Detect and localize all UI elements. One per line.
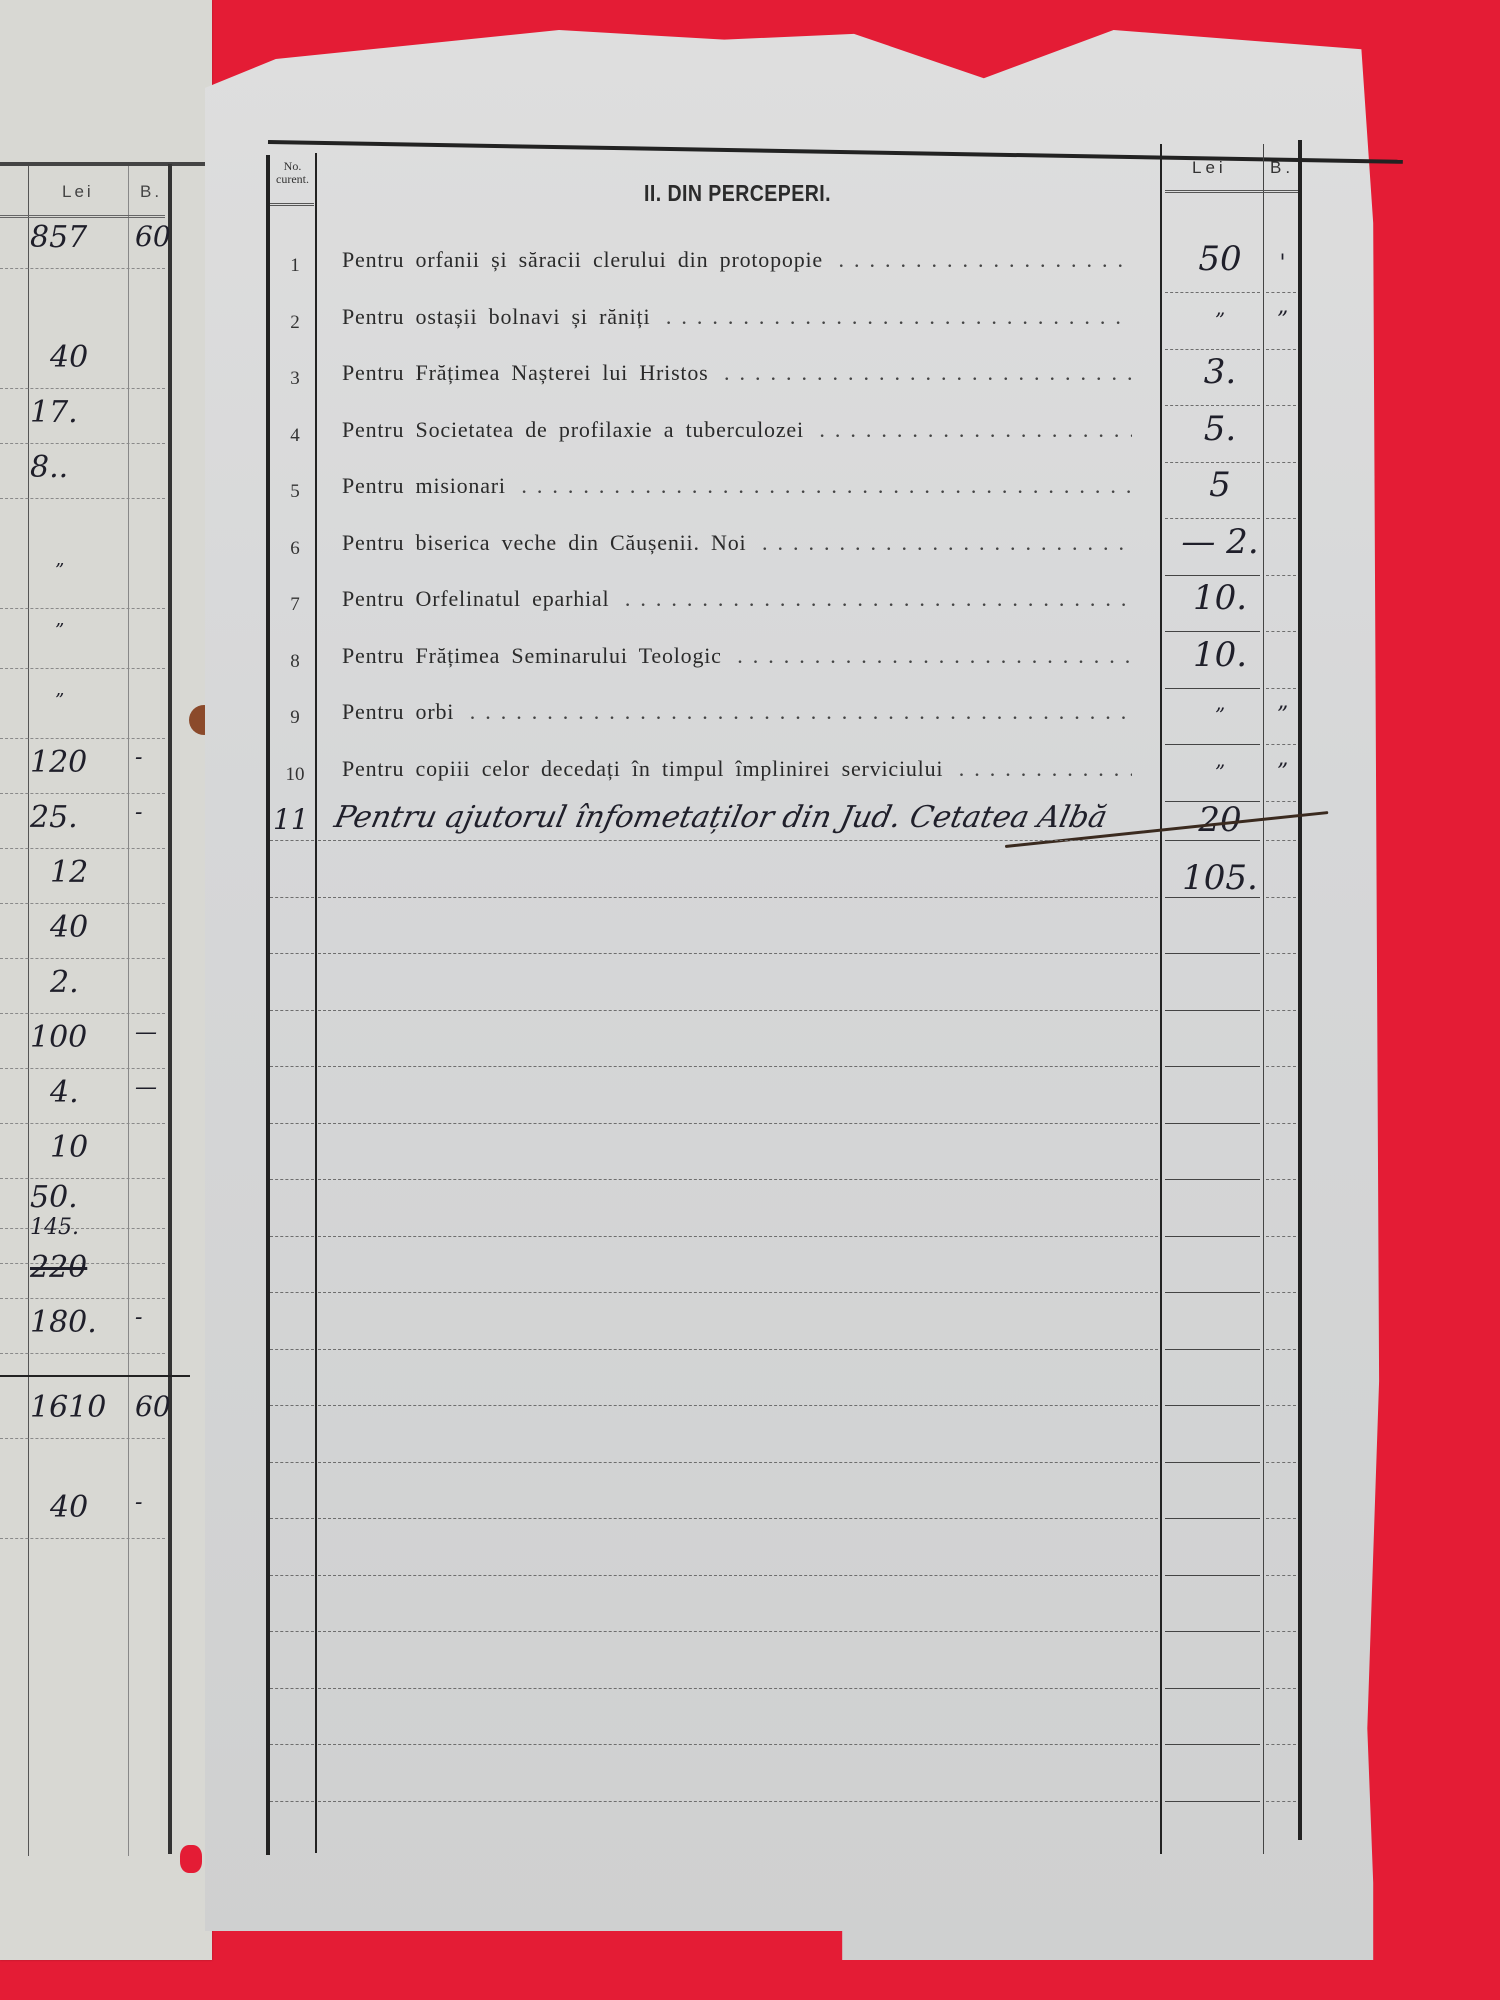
empty-row-rule: [318, 1236, 1158, 1237]
row-description-text: Pentru Frățimea Seminarului Teologic: [342, 643, 722, 668]
left-entry-bani: -: [135, 1305, 142, 1330]
empty-row-rule: [1165, 1179, 1260, 1180]
row-lei-value: 50: [1175, 239, 1265, 279]
dot-leader: ........................................…: [709, 360, 1132, 385]
dot-leader: ........................................…: [943, 756, 1132, 781]
empty-row-rule: [1266, 1575, 1296, 1576]
empty-row-rule: [1266, 1010, 1296, 1011]
no-header-rule: [270, 203, 314, 206]
empty-row-rule: [318, 1179, 1158, 1180]
row-description: Pentru copiii celor decedați în timpul î…: [342, 756, 1132, 782]
left-entry-lei: 180.: [30, 1305, 97, 1340]
lei-header: Lei: [1192, 158, 1227, 178]
row-rule-bani: [1266, 292, 1296, 293]
row-number: 4: [275, 425, 315, 447]
left-entry-lei: 220: [30, 1250, 87, 1285]
left-entry-lei: 50.: [30, 1180, 78, 1215]
left-entry-lei: 40: [50, 910, 88, 945]
empty-row-rule: [270, 897, 314, 898]
row-rule: [1165, 349, 1260, 350]
left-table-right-border: [168, 164, 172, 1854]
empty-row-rule: [318, 1066, 1158, 1067]
empty-row-rule: [1165, 897, 1260, 898]
empty-row-rule: [270, 1631, 314, 1632]
empty-row-rule: [1165, 953, 1260, 954]
row-rule: [1165, 744, 1260, 745]
no-curent-header: No. curent.: [270, 160, 315, 186]
empty-row-rule: [1165, 1631, 1260, 1632]
left-row-line: [0, 1068, 165, 1069]
row-description-text: Pentru Societatea de profilaxie a tuberc…: [342, 417, 804, 442]
left-row-line: [0, 443, 165, 444]
empty-row-rule: [318, 1405, 1158, 1406]
row-description-text: Pentru misionari: [342, 473, 506, 498]
dot-leader: ........................................…: [609, 586, 1132, 611]
row-description: Pentru orbi ............................…: [342, 699, 1132, 725]
empty-row-rule: [1266, 1405, 1296, 1406]
empty-row-rule: [270, 1292, 314, 1293]
row-number: 9: [275, 707, 315, 729]
empty-row-rule: [1266, 1631, 1296, 1632]
left-table-lei-divider: [28, 166, 29, 1856]
empty-row-rule: [318, 1575, 1158, 1576]
total-lei: 105.: [1175, 858, 1265, 898]
left-bani-header: B.: [140, 182, 162, 202]
empty-row-rule: [318, 953, 1158, 954]
left-lei-header: Lei: [62, 182, 94, 202]
row-rule: [1165, 688, 1260, 689]
row-number: 7: [275, 594, 315, 616]
empty-row-rule: [270, 1462, 314, 1463]
left-entry-bani: -: [135, 800, 142, 825]
row-description: Pentru Frățimea Seminarului Teologic ...…: [342, 643, 1132, 669]
left-entry-bani: 60: [135, 220, 171, 253]
left-entry-lei: 12: [50, 855, 88, 890]
left-entry-lei: 145.: [30, 1215, 79, 1240]
lei-bani-divider: [1263, 144, 1264, 1854]
row-description: Pentru biserica veche din Căușenii. Noi …: [342, 530, 1132, 556]
empty-row-rule: [1165, 1236, 1260, 1237]
table-left-border: [266, 155, 270, 1855]
row-rule-bani: [1266, 631, 1296, 632]
row-rule: [1165, 518, 1260, 519]
empty-row-rule: [1266, 1236, 1296, 1237]
row-rule-bani: [1266, 801, 1296, 802]
empty-row-rule: [1266, 1744, 1296, 1745]
left-entry-bani: —: [135, 1075, 157, 1100]
empty-row-rule: [1165, 1462, 1260, 1463]
empty-row-rule: [318, 1518, 1158, 1519]
left-row-line: [0, 793, 165, 794]
left-row-line: [0, 1298, 165, 1299]
left-row-line: [0, 1438, 165, 1439]
empty-row-rule: [270, 1179, 314, 1180]
empty-row-rule: [318, 1462, 1158, 1463]
row-bani-value: ”: [1265, 308, 1300, 333]
empty-row-rule: [1266, 1292, 1296, 1293]
left-row-line: [0, 498, 165, 499]
row-lei-value: ”: [1175, 703, 1265, 727]
left-row-line: [0, 388, 165, 389]
no-column-divider: [315, 153, 317, 1853]
row-number: 1: [275, 255, 315, 277]
empty-row-rule: [318, 1744, 1158, 1745]
curent-label: curent.: [270, 173, 315, 186]
empty-row-rule: [270, 1688, 314, 1689]
empty-row-rule: [270, 1518, 314, 1519]
row-number: 6: [275, 538, 315, 560]
row-number: 3: [275, 368, 315, 390]
empty-row-rule: [1165, 1066, 1260, 1067]
left-entry-lei: ”: [55, 620, 64, 641]
row-lei-value: 10.: [1175, 578, 1265, 618]
paper-hole: [180, 1845, 202, 1873]
left-entry-lei: 8..: [30, 450, 68, 485]
row-lei-value: 5: [1175, 465, 1265, 505]
left-page: [0, 0, 212, 1960]
left-entry-lei: 40: [50, 1490, 88, 1525]
row-description: Pentru Orfelinatul eparhial ............…: [342, 586, 1132, 612]
row-description-text: Pentru copiii celor decedați în timpul î…: [342, 756, 943, 781]
dot-leader: ........................................…: [506, 473, 1132, 498]
row-number: 2: [275, 312, 315, 334]
empty-row-rule: [1165, 1405, 1260, 1406]
dot-leader: ........................................…: [804, 417, 1132, 442]
empty-row-rule: [318, 897, 1158, 898]
left-entry-bani: -: [135, 745, 142, 770]
row-11-description: Pentru ajutorul înfometaților din Jud. C…: [331, 800, 1110, 835]
empty-row-rule: [318, 1631, 1158, 1632]
row-bani-value: ': [1265, 251, 1300, 276]
dot-leader: ........................................…: [746, 530, 1132, 555]
row-description: Pentru orfanii și săracii clerului din p…: [342, 247, 1132, 273]
row-rule-bani: [1266, 518, 1296, 519]
lei-column-left-divider: [1160, 144, 1162, 1854]
empty-row-rule: [270, 1744, 314, 1745]
left-row-line: [0, 848, 165, 849]
row-rule-bani: [1266, 349, 1296, 350]
left-entry-lei: 4.: [50, 1075, 79, 1110]
empty-row-rule: [318, 840, 1158, 841]
empty-row-rule: [1165, 840, 1260, 841]
empty-row-rule: [270, 1349, 314, 1350]
row-rule-bani: [1266, 405, 1296, 406]
row-rule-bani: [1266, 575, 1296, 576]
empty-row-rule: [318, 1688, 1158, 1689]
row-rule-bani: [1266, 688, 1296, 689]
empty-row-rule: [1165, 1575, 1260, 1576]
dot-leader: ........................................…: [650, 304, 1132, 329]
left-row-line: [0, 1123, 165, 1124]
row-description: Pentru Frățimea Nașterei lui Hristos ...…: [342, 360, 1132, 386]
empty-row-rule: [1266, 897, 1296, 898]
empty-row-rule: [1266, 953, 1296, 954]
empty-row-rule: [318, 1801, 1158, 1802]
empty-row-rule: [1266, 1066, 1296, 1067]
empty-row-rule: [1165, 1292, 1260, 1293]
left-entry-bani: 60: [135, 1390, 171, 1423]
empty-row-rule: [270, 840, 314, 841]
row-number: 5: [275, 481, 315, 503]
empty-row-rule: [1165, 1123, 1260, 1124]
left-row-line: [0, 1178, 165, 1179]
empty-row-rule: [1165, 1518, 1260, 1519]
left-entry-bani: -: [135, 1490, 142, 1515]
left-row-line: [0, 608, 165, 609]
row-description: Pentru misionari .......................…: [342, 473, 1132, 499]
row-description-text: Pentru ostașii bolnavi și răniți: [342, 304, 650, 329]
empty-row-rule: [1266, 1179, 1296, 1180]
empty-row-rule: [1266, 1688, 1296, 1689]
empty-row-rule: [270, 1405, 314, 1406]
empty-row-rule: [1266, 1349, 1296, 1350]
empty-row-rule: [270, 1066, 314, 1067]
row-lei-value: ”: [1175, 760, 1265, 784]
row-bani-value: ”: [1265, 760, 1300, 785]
row-description-text: Pentru biserica veche din Căușenii. Noi: [342, 530, 746, 555]
left-row-line: [0, 958, 165, 959]
row-rule: [1165, 462, 1260, 463]
lei-header-rule: [1165, 190, 1298, 193]
row-rule: [1165, 575, 1260, 576]
left-entry-lei: 40: [50, 340, 88, 375]
empty-row-rule: [1165, 1688, 1260, 1689]
empty-row-rule: [270, 1801, 314, 1802]
left-entry-lei: ”: [55, 560, 64, 581]
row-rule-bani: [1266, 462, 1296, 463]
left-row-line: [0, 1353, 165, 1354]
left-entry-lei: 857: [30, 220, 87, 255]
empty-row-rule: [318, 1123, 1158, 1124]
row-rule: [1165, 631, 1260, 632]
left-entry-lei: 10: [50, 1130, 88, 1165]
empty-row-rule: [1165, 1744, 1260, 1745]
dot-leader: ........................................…: [722, 643, 1132, 668]
row-number: 10: [275, 764, 315, 786]
left-row-line: [0, 903, 165, 904]
dot-leader: ........................................…: [454, 699, 1132, 724]
empty-row-rule: [1165, 1349, 1260, 1350]
empty-row-rule: [270, 1123, 314, 1124]
row-description-text: Pentru Frățimea Nașterei lui Hristos: [342, 360, 709, 385]
empty-row-rule: [318, 1349, 1158, 1350]
left-row-line: [0, 668, 165, 669]
row-lei-value: ”: [1175, 308, 1265, 332]
left-row-line: [0, 1228, 165, 1229]
empty-row-rule: [270, 953, 314, 954]
left-row-line: [0, 738, 165, 739]
empty-row-rule: [270, 1236, 314, 1237]
left-entry-lei: 2.: [50, 965, 79, 1000]
empty-row-rule: [1266, 1462, 1296, 1463]
row-description-text: Pentru Orfelinatul eparhial: [342, 586, 609, 611]
empty-row-rule: [1266, 1801, 1296, 1802]
row-lei-value: — 2.: [1175, 522, 1265, 562]
row-lei-value: 3.: [1175, 352, 1265, 392]
left-entry-lei: 1610: [30, 1390, 106, 1425]
empty-row-rule: [1165, 1801, 1260, 1802]
left-entry-lei: 25.: [30, 800, 78, 835]
empty-row-rule: [270, 1010, 314, 1011]
left-header-rule: [0, 215, 165, 218]
row-description: Pentru Societatea de profilaxie a tuberc…: [342, 417, 1132, 443]
row-lei-value: 5.: [1175, 409, 1265, 449]
left-row-line: [0, 268, 165, 269]
bani-header: B.: [1270, 158, 1294, 178]
left-row-line: [0, 1013, 165, 1014]
row-rule-bani: [1266, 744, 1296, 745]
left-table-top-border: [0, 162, 228, 166]
row-lei-value: 10.: [1175, 635, 1265, 675]
left-entry-lei: 17.: [30, 395, 78, 430]
row-bani-value: ”: [1265, 703, 1300, 728]
row-11-number: 11: [273, 803, 309, 836]
left-entry-lei: 100: [30, 1020, 87, 1055]
section-title: II. DIN PERCEPERI.: [378, 180, 1096, 207]
left-entry-lei: 120: [30, 745, 87, 780]
table-right-border: [1298, 140, 1302, 1840]
dot-leader: ........................................…: [823, 247, 1132, 272]
row-rule: [1165, 292, 1260, 293]
empty-row-rule: [318, 1292, 1158, 1293]
left-total-rule: [0, 1375, 190, 1377]
row-number: 8: [275, 651, 315, 673]
row-description-text: Pentru orbi: [342, 699, 454, 724]
left-table-bani-divider: [128, 166, 129, 1856]
empty-row-rule: [1266, 840, 1296, 841]
row-description: Pentru ostașii bolnavi și răniți .......…: [342, 304, 1132, 330]
empty-row-rule: [318, 1010, 1158, 1011]
empty-row-rule: [1266, 1518, 1296, 1519]
left-entry-lei: ”: [55, 690, 64, 711]
empty-row-rule: [1266, 1123, 1296, 1124]
left-entry-bani: —: [135, 1020, 157, 1045]
empty-row-rule: [270, 1575, 314, 1576]
empty-row-rule: [1165, 1010, 1260, 1011]
row-rule: [1165, 405, 1260, 406]
left-row-line: [0, 1538, 165, 1539]
row-description-text: Pentru orfanii și săracii clerului din p…: [342, 247, 823, 272]
